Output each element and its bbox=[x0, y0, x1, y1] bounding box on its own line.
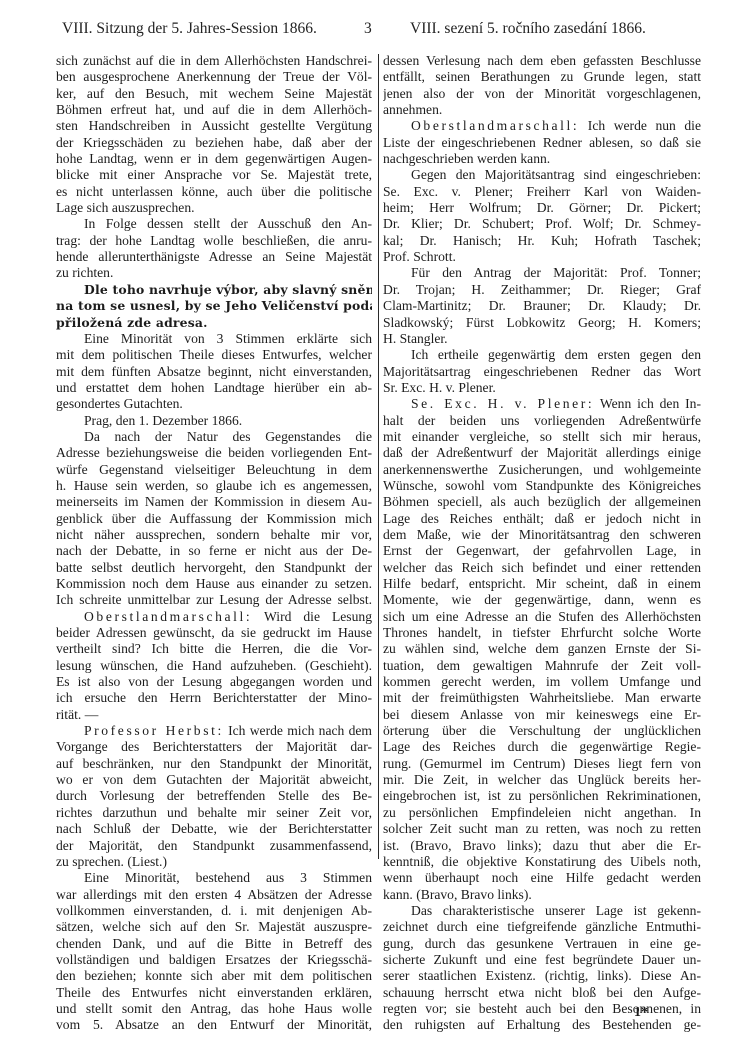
text-line: der Majorität, den Standpunkt zusammenfa… bbox=[56, 838, 372, 854]
text-line: kal; Dr. Hanisch; Hr. Kuh; Hofrath Tasch… bbox=[383, 233, 701, 249]
speaker-name: Oberstlandmarschall: bbox=[84, 609, 252, 624]
text-line: es nicht unterlassen könne, auch über di… bbox=[56, 184, 372, 200]
text-line: schauung herrscht etwa nicht bloß bei de… bbox=[383, 985, 701, 1001]
text-line: heim; Herr Wolfrum; Dr. Görner; Dr. Pick… bbox=[383, 200, 701, 216]
text-line: na tom se usnesl, by se Jeho Veličenství… bbox=[56, 298, 372, 314]
text-line: Wünsche, sowohl vom Standpunkte des Köni… bbox=[383, 478, 701, 494]
text-line: eingebrochen ist, ist zu persönlichen Re… bbox=[383, 788, 701, 804]
text-line: jenen also der von der Minorität vorgesc… bbox=[383, 86, 701, 102]
text-line: Sladkowský; Fürst Lobkowitz Georg; H. Ko… bbox=[383, 315, 701, 331]
text-line: hohe Landtag, wenn er in dem gegenwärtig… bbox=[56, 151, 372, 167]
text-line: und erstattet dem hohen Landtage hierübe… bbox=[56, 380, 372, 396]
text-line: zu richten. bbox=[56, 265, 372, 281]
text-line: Es ist also von der Lesung abgegangen wo… bbox=[56, 674, 372, 690]
text-line: Lage des Reiches durch die gegenwärtige … bbox=[383, 739, 701, 755]
text-line: Dle toho navrhuje výbor, aby slavný sněm bbox=[56, 282, 372, 298]
text-line: Lage sich auszusprechen. bbox=[56, 200, 372, 216]
text-line: Adresse beziehungsweise die beiden vorli… bbox=[56, 445, 372, 461]
text-line: Se. Exc. H. v. Plener: Wenn ich den In- bbox=[383, 396, 701, 412]
text-line: Da nach der Natur des Gegenstandes die bbox=[56, 429, 372, 445]
text-line: daß der Adreßentwurf der Majorität aller… bbox=[383, 445, 701, 461]
text-line: lesung wünschen, die Hand aufzuheben. (G… bbox=[56, 658, 372, 674]
text-line: den beziehen; konnte sich aber mit dem p… bbox=[56, 968, 372, 984]
text-line: annehmen. bbox=[383, 102, 701, 118]
text-line: vertheilt sind? Ich bitte die Herren, di… bbox=[56, 641, 372, 657]
text-line: mit dem politischen Theile dieses Entwur… bbox=[56, 347, 372, 363]
text-line: Eine Minorität von 3 Stimmen erklärte si… bbox=[56, 331, 372, 347]
text-line: nach Schluß der Debatte, wie der Bericht… bbox=[56, 821, 372, 837]
text-line: mit dem fünften Absatze beginnt, nicht e… bbox=[56, 364, 372, 380]
text-line: mit der freimüthigsten Wahrheitsliebe. M… bbox=[383, 690, 701, 706]
text-line: ich ersuche den Herrn Berichterstatter d… bbox=[56, 690, 372, 706]
text-line: kenntniß, die objektive Konstatirung des… bbox=[383, 854, 701, 870]
text-line: wenn überhaupt noch eine Hilfe gedacht w… bbox=[383, 870, 701, 886]
text-line: Clam-Martinitz; Dr. Brauner; Dr. Klaudy;… bbox=[383, 298, 701, 314]
text-line: Das charakteristische unserer Lage ist g… bbox=[383, 903, 701, 919]
text-line: Für den Antrag der Majorität: Prof. Tonn… bbox=[383, 265, 701, 281]
text-line: ker, auf den Besuch, mit wechem Seine Ma… bbox=[56, 86, 372, 102]
text-line: Theile des Entwurfes nicht einverstanden… bbox=[56, 985, 372, 1001]
text-line: sich zunächst auf die in dem Allerhöchst… bbox=[56, 53, 372, 69]
text-line: der Kriegsschäden zu beziehen habe, daß … bbox=[56, 135, 372, 151]
text-line: war allerdings mit den ersten 4 Absätzen… bbox=[56, 887, 372, 903]
text-line: Kommission noch dem Hause aus einander z… bbox=[56, 576, 372, 592]
text-line: meinerseits im Namen der Kommission in d… bbox=[56, 494, 372, 510]
text-line: zu persönlichen Empfindeleien nicht ange… bbox=[383, 805, 701, 821]
text-line: genblick über die Auffassung der Kommiss… bbox=[56, 511, 372, 527]
text-line: ben ausgesprochene Anerkennung der Treue… bbox=[56, 69, 372, 85]
text-line: bei diesem Anlasse von mir keineswegs ei… bbox=[383, 707, 701, 723]
text-line: Majoritätsartrag eingeschriebenen Redner… bbox=[383, 364, 701, 380]
speaker-name: Se. Exc. H. v. Plener: bbox=[411, 396, 594, 411]
text-line: nicht näher aussprechen, sondern behalte… bbox=[56, 527, 372, 543]
text-line: přiložená zde adresa. bbox=[56, 315, 372, 331]
text-line: nachgeschrieben werden kann. bbox=[383, 151, 701, 167]
left-column-text: sich zunächst auf die in dem Allerhöchst… bbox=[56, 53, 372, 1034]
column-divider bbox=[378, 54, 379, 859]
speech-text: Wenn ich den In- bbox=[594, 396, 701, 411]
text-line: Böhmen speciell, als auch bezüglich der … bbox=[383, 494, 701, 510]
text-line: zu sprechen. (Liest.) bbox=[56, 854, 372, 870]
text-line: nach der Debatte, in so ferne er nicht a… bbox=[56, 543, 372, 559]
speaker-name: Professor Herbst: bbox=[84, 723, 224, 738]
text-line: den ruhigsten auf Erhaltung des Bestehen… bbox=[383, 1017, 701, 1033]
text-line: sicherte Zukunft und eine fest begründet… bbox=[383, 952, 701, 968]
text-line: Thrones handelt, in tiefster Ehrfurcht s… bbox=[383, 625, 701, 641]
text-line: Vorgange des Berichterstatters der Major… bbox=[56, 739, 372, 755]
page-number: 3 bbox=[364, 20, 372, 38]
text-line: Lage des Reiches enthält; daß er jedoch … bbox=[383, 511, 701, 527]
text-line: würfe Gegenstand vielseitiger Beleuchtun… bbox=[56, 462, 372, 478]
text-line: h. Hause sein werden, so glaube ich es a… bbox=[56, 478, 372, 494]
text-line: richtes darzuthun und behalte mir seiner… bbox=[56, 805, 372, 821]
speech-text: Ich werde mich nach dem bbox=[224, 723, 372, 738]
text-line: Oberstlandmarschall: Wird die Lesung bbox=[56, 609, 372, 625]
text-line: Ich ertheile gegenwärtig dem ersten gege… bbox=[383, 347, 701, 363]
speaker-name: Oberstlandmarschall: bbox=[411, 118, 579, 133]
text-line: In Folge dessen stellt der Ausschuß den … bbox=[56, 216, 372, 232]
text-line: vollkommen einverstanden, d. i. mit denj… bbox=[56, 903, 372, 919]
text-line: ist. (Bravo, Bravo links); dazu thut abe… bbox=[383, 838, 701, 854]
text-line: zu wählen sind, welche dem ganzen Ernste… bbox=[383, 641, 701, 657]
text-line: hende allerunterthänigste Adresse an Sei… bbox=[56, 249, 372, 265]
text-line: kann. (Bravo, Bravo links). bbox=[383, 887, 701, 903]
text-line: Hilfe bedarf, entspricht. Mir scheint, d… bbox=[383, 576, 701, 592]
text-line: gesondertes Gutachten. bbox=[56, 396, 372, 412]
text-line: rität. — bbox=[56, 707, 372, 723]
text-line: serer staatlichen Existenz. (richtig, li… bbox=[383, 968, 701, 984]
text-line: Ernst der Gegenwart, der gefahrvollen La… bbox=[383, 543, 701, 559]
text-line: auf beschränken, nur den Standpunkt der … bbox=[56, 756, 372, 772]
text-line: regten vor; sie besteht auch bei den Bes… bbox=[383, 1001, 701, 1017]
right-column-text: dessen Verlesung nach dem eben gefassten… bbox=[383, 53, 701, 1034]
text-line: sich um eine Adresse an die Stufen des A… bbox=[383, 609, 701, 625]
text-line: Sr. Exc. H. v. Plener. bbox=[383, 380, 701, 396]
text-line: beider Adressen gewünscht, da sie gedruc… bbox=[56, 625, 372, 641]
text-line: dessen Verlesung nach dem eben gefassten… bbox=[383, 53, 701, 69]
speech-text: Ich werde nun die bbox=[579, 118, 701, 133]
text-line: entfällt, seinen Berathungen zu Grunde l… bbox=[383, 69, 701, 85]
text-line: Gegen den Majoritätsantrag sind eingesch… bbox=[383, 167, 701, 183]
text-line: sten Handschreiben in Aussicht gestellte… bbox=[56, 118, 372, 134]
text-line: halt der beiden uns vorliegenden Adreßen… bbox=[383, 413, 701, 429]
text-line: batte selbst deutlich hervorgeht, den St… bbox=[56, 560, 372, 576]
text-line: Se. Exc. v. Plener; Freiherr Karl von Wa… bbox=[383, 184, 701, 200]
text-line: welcher das Reich sich befindet und eine… bbox=[383, 560, 701, 576]
text-line: chenden Dank, und auf die Bitte in Betre… bbox=[56, 936, 372, 952]
text-line: zeichnet durch eine tiefgreifende gänzli… bbox=[383, 919, 701, 935]
text-line: örterung über die Verschultung der unglü… bbox=[383, 723, 701, 739]
text-line: Dr. Klier; Dr. Schubert; Prof. Wolf; Dr.… bbox=[383, 216, 701, 232]
text-line: Prag, den 1. Dezember 1866. bbox=[56, 413, 372, 429]
text-line: rung. (Gemurmel im Centrum) Dieses liegt… bbox=[383, 756, 701, 772]
text-line: dem Maße, wie der Minoritätsantrag den s… bbox=[383, 527, 701, 543]
text-line: Prof. Schrott. bbox=[383, 249, 701, 265]
text-line: durch Vorlesung der betreffenden Stelle … bbox=[56, 788, 372, 804]
text-line: anerkennenswerthe Zusicherungen, und woh… bbox=[383, 462, 701, 478]
text-line: Oberstlandmarschall: Ich werde nun die bbox=[383, 118, 701, 134]
text-line: Liste der eingeschriebenen Redner ablese… bbox=[383, 135, 701, 151]
text-line: vom 5. Absatze an den Entwurf der Minori… bbox=[56, 1017, 372, 1033]
text-line: Momente, wie der gegenwärtige, dann, wen… bbox=[383, 592, 701, 608]
page-header: VIII. Sitzung der 5. Jahres-Session 1866… bbox=[0, 20, 750, 40]
text-line: Böhmen erfreut hat, und auf die in dem A… bbox=[56, 102, 372, 118]
text-line: vollständigen und baldigen Ersatzes der … bbox=[56, 952, 372, 968]
text-line: solcher Zeit sucht man zu retten, was no… bbox=[383, 821, 701, 837]
speech-text: Wird die Lesung bbox=[252, 609, 372, 624]
signature-mark: 1* bbox=[634, 1005, 648, 1021]
text-line: H. Stangler. bbox=[383, 331, 701, 347]
text-line: gung, durch das gesunkene Vertrauen in e… bbox=[383, 936, 701, 952]
text-line: Dr. Trojan; H. Zeithammer; Dr. Rieger; G… bbox=[383, 282, 701, 298]
text-line: mit einander vergleiche, so stellt sich … bbox=[383, 429, 701, 445]
text-line: blicke mit einer Ansprache vor Se. Majes… bbox=[56, 167, 372, 183]
text-line: tuation, dem gewaltigen Mahnrufe der Zei… bbox=[383, 658, 701, 674]
header-czech-title: VIII. sezení 5. ročního zasedání 1866. bbox=[410, 20, 646, 38]
text-line: und stellt somit den Antrag, das hohe Ha… bbox=[56, 1001, 372, 1017]
text-line: kommen gerecht werden, im vollem Umfange… bbox=[383, 674, 701, 690]
header-german-title: VIII. Sitzung der 5. Jahres-Session 1866… bbox=[62, 20, 317, 38]
text-line: Ich schreite unmittelbar zur Lesung der … bbox=[56, 592, 372, 608]
text-line: Eine Minorität, bestehend aus 3 Stimmen bbox=[56, 870, 372, 886]
text-line: wo er von dem Gutachten der Majorität ab… bbox=[56, 772, 372, 788]
text-line: Professor Herbst: Ich werde mich nach de… bbox=[56, 723, 372, 739]
text-line: trag: der hohe Landtag wolle beschließen… bbox=[56, 233, 372, 249]
text-line: sätzen, welche sich auf den Sr. Majestät… bbox=[56, 919, 372, 935]
text-line: mir. Die Zeit, in welcher das Unglück be… bbox=[383, 772, 701, 788]
